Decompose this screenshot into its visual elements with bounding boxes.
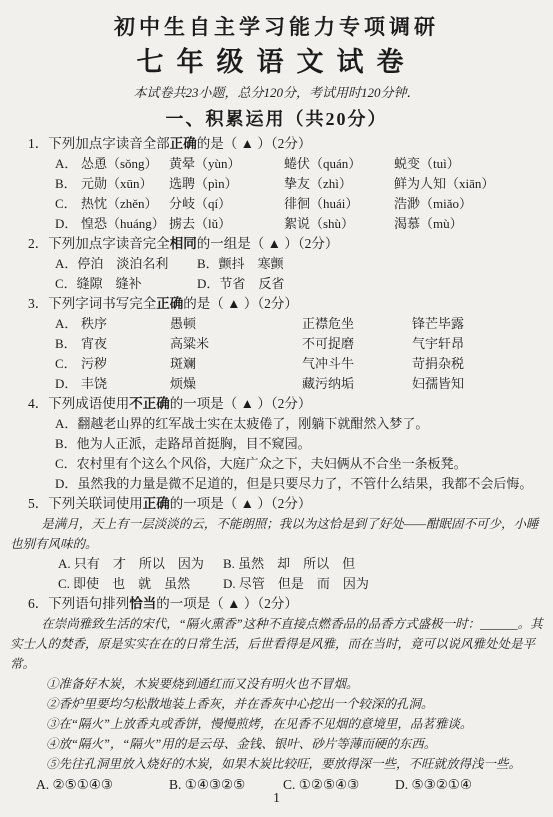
question-1-option-row-d: D． 惶恐（huáng） 掳去（lǔ） 絮说（shù） 渴慕（mù） [0,214,553,234]
option-cell: 鲜为人知（xiān） [394,174,553,194]
option-label: C． [55,354,81,374]
stem-text: 下列加点字读音全部 [48,136,170,151]
option-cell: B．颤抖 寒颤 [197,254,553,274]
stem-text: 下列成语使用 [48,396,129,411]
option-cell: 蜕变（tuì） [394,154,553,174]
option-cell: 选聘（pìn） [169,174,284,194]
question-5-passage: 是满月，天上有一层淡淡的云，不能朗照；我以为这恰是到了好处——酣眠固不可少，小睡… [10,514,545,554]
question-1-option-row-a: A． 怂恿（sǒng） 黄晕（yùn） 蜷伏（quán） 蜕变（tuì） [0,154,553,174]
page-number: 1 [0,791,553,807]
option-cell: 锋芒毕露 [412,314,553,334]
question-2-number: 2． [28,234,48,254]
option-cell: 污秽 [81,354,170,374]
option-cell: 秩序 [81,314,170,334]
option-label: C． [55,194,81,214]
option-cell: 斑斓 [170,354,302,374]
stem-bold-text: 不正确 [129,396,170,411]
option-label: A． [55,314,81,334]
stem-text: 下列关联词使用 [48,496,143,511]
stem-text: 的一项是（ ▲ ）（2分） [156,596,298,611]
option-cell: 蜷伏（quán） [284,154,394,174]
question-3-option-row-a: A． 秩序 愚顿 正襟危坐 锋芒毕露 [0,314,553,334]
question-1-number: 1． [28,134,48,154]
stem-text: 的是（ ▲ ）（2分） [183,296,298,311]
exam-series-title: 初中生自主学习能力专项调研 [0,12,553,42]
option-cell: 元勋（xūn） [81,174,169,194]
question-5: 5．下列关联词使用正确的一项是（ ▲ ）（2分） 是满月，天上有一层淡淡的云，不… [0,494,553,594]
question-3-stem: 3．下列字词书写完全正确的是（ ▲ ）（2分） [0,294,553,314]
question-3-option-row-b: B． 宵夜 高粱米 不可捉磨 气宇轩昂 [0,334,553,354]
option-label: D． [55,374,81,394]
exam-page: 初中生自主学习能力专项调研 七年级语文试卷 本试卷共23小题，总分120分，考试… [0,0,553,817]
exam-info-line: 本试卷共23小题，总分120分，考试用时120分钟． [0,84,553,102]
option-cell: 藏污纳垢 [302,374,412,394]
sequence-sentence-5: ⑤先往孔洞里放入烧好的木炭，如果木炭比较旺，要放得深一些，不旺就放得浅一些。 [0,754,553,774]
sequence-sentence-4: ④放“隔火”，“隔火”用的是云母、金钱、银叶、砂片等薄而硬的东西。 [0,734,553,754]
question-6-stem: 6．下列语句排列恰当的一项是（ ▲ ）（2分） [0,594,553,614]
option-cell: 黄晕（yùn） [169,154,284,174]
option-cell: C．缝隙 缝补 [55,274,197,294]
option-cell: D. 尽管 但是 而 因为 [223,574,553,594]
option-cell: 丰饶 [81,374,170,394]
option-cell: 分岐（qí） [169,194,284,214]
stem-bold-text: 相同 [170,236,197,251]
question-6-number: 6． [28,594,48,614]
option-cell: 愚顿 [170,314,302,334]
option-line-c: C．农村里有个这么个风俗，大庭广众之下，夫妇俩从不合坐一条板凳。 [0,454,553,474]
sequence-sentence-3: ③在“隔火”上放香丸或香饼，慢慢煎烤，在见香不见烟的意境里，品茗雅谈。 [0,714,553,734]
sequence-sentence-2: ②香炉里要均匀松散地装上香灰，并在香灰中心挖出一个较深的孔洞。 [0,694,553,714]
question-2: 2．下列加点字读音完全相同的一组是（ ▲ ）（2分） A．停泊 淡泊名利 B．颤… [0,234,553,294]
option-cell: 怂恿（sǒng） [81,154,169,174]
option-cell: B. 虽然 却 所以 但 [223,554,553,574]
option-label: A． [55,154,81,174]
question-4-stem: 4．下列成语使用不正确的一项是（ ▲ ）（2分） [0,394,553,414]
option-cell: 苛捐杂税 [412,354,553,374]
option-cell: 徘徊（huái） [284,194,394,214]
option-cell: 宵夜 [81,334,170,354]
question-1-stem: 1．下列加点字读音全部正确的是（ ▲ ）（2分） [0,134,553,154]
question-5-option-row: A. 只有 才 所以 因为 B. 虽然 却 所以 但 [0,554,553,574]
question-2-option-row: A．停泊 淡泊名利 B．颤抖 寒颤 [0,254,553,274]
stem-text: 的一项是（ ▲ ）（2分） [170,496,312,511]
question-4: 4．下列成语使用不正确的一项是（ ▲ ）（2分） A．翻越老山界的红军战士实在太… [0,394,553,494]
question-1: 1．下列加点字读音全部正确的是（ ▲ ）（2分） A． 怂恿（sǒng） 黄晕（… [0,134,553,234]
question-1-option-row-c: C． 热忱（zhěn） 分岐（qí） 徘徊（huái） 浩渺（miǎo） [0,194,553,214]
option-label: D． [55,214,81,234]
stem-text: 下列语句排列 [48,596,129,611]
option-cell: 絮说（shù） [284,214,394,234]
question-3: 3．下列字词书写完全正确的是（ ▲ ）（2分） A． 秩序 愚顿 正襟危坐 锋芒… [0,294,553,394]
option-cell: 气冲斗牛 [302,354,412,374]
stem-text: 下列字词书写完全 [48,296,156,311]
stem-bold-text: 正确 [156,296,183,311]
question-5-number: 5． [28,494,48,514]
option-cell: A．停泊 淡泊名利 [55,254,197,274]
option-line-d: D．虽然我的力量是微不足道的，但是只要尽力了，不管什么结果，我都不会后悔。 [0,474,553,494]
stem-text: 的一项是（ ▲ ）（2分） [170,396,312,411]
option-cell: 不可捉磨 [302,334,412,354]
option-cell: 惶恐（huáng） [81,214,169,234]
question-5-option-row: C. 即使 也 就 虽然 D. 尽管 但是 而 因为 [0,574,553,594]
stem-text: 的是（ ▲ ）（2分） [197,136,312,151]
stem-bold-text: 正确 [143,496,170,511]
stem-text: 的一组是（ ▲ ）（2分） [197,236,339,251]
option-cell: 正襟危坐 [302,314,412,334]
exam-paper-title: 七年级语文试卷 [0,44,553,80]
option-label: B． [55,174,81,194]
question-2-option-row: C．缝隙 缝补 D．节省 反省 [0,274,553,294]
question-1-option-row-b: B． 元勋（xūn） 选聘（pìn） 挚友（zhì） 鲜为人知（xiān） [0,174,553,194]
option-cell: 掳去（lǔ） [169,214,284,234]
option-line-a: A．翻越老山界的红军战士实在太疲倦了，刚躺下就酣然入梦了。 [0,414,553,434]
option-cell: 挚友（zhì） [284,174,394,194]
section-heading: 一、积累运用（共20分） [0,107,553,131]
option-cell: 气宇轩昂 [412,334,553,354]
option-line-b: B．他为人正派，走路昂首挺胸，目不窥园。 [0,434,553,454]
option-cell: 渴慕（mù） [394,214,553,234]
option-cell: 浩渺（miǎo） [394,194,553,214]
question-3-number: 3． [28,294,48,314]
option-cell: 烦燥 [170,374,302,394]
option-cell: D．节省 反省 [197,274,553,294]
option-cell: 热忱（zhěn） [81,194,169,214]
question-6-intro: 在崇尚雅致生活的宋代，“隔火熏香”这种不直接点燃香品的品香方式盛极一时：____… [10,614,545,674]
question-4-number: 4． [28,394,48,414]
option-cell: C. 即使 也 就 虽然 [58,574,223,594]
option-cell: A. 只有 才 所以 因为 [58,554,223,574]
option-cell: 妇孺皆知 [412,374,553,394]
stem-text: 下列加点字读音完全 [48,236,170,251]
question-2-stem: 2．下列加点字读音完全相同的一组是（ ▲ ）（2分） [0,234,553,254]
question-3-option-row-c: C． 污秽 斑斓 气冲斗牛 苛捐杂税 [0,354,553,374]
sequence-sentence-1: ①准备好木炭，木炭要烧到通红而又没有明火也不冒烟。 [0,674,553,694]
question-3-option-row-d: D． 丰饶 烦燥 藏污纳垢 妇孺皆知 [0,374,553,394]
question-6: 6．下列语句排列恰当的一项是（ ▲ ）（2分） 在崇尚雅致生活的宋代，“隔火熏香… [0,594,553,796]
option-label: B． [55,334,81,354]
stem-bold-text: 正确 [170,136,197,151]
question-5-stem: 5．下列关联词使用正确的一项是（ ▲ ）（2分） [0,494,553,514]
option-cell: 高粱米 [170,334,302,354]
stem-bold-text: 恰当 [129,596,156,611]
